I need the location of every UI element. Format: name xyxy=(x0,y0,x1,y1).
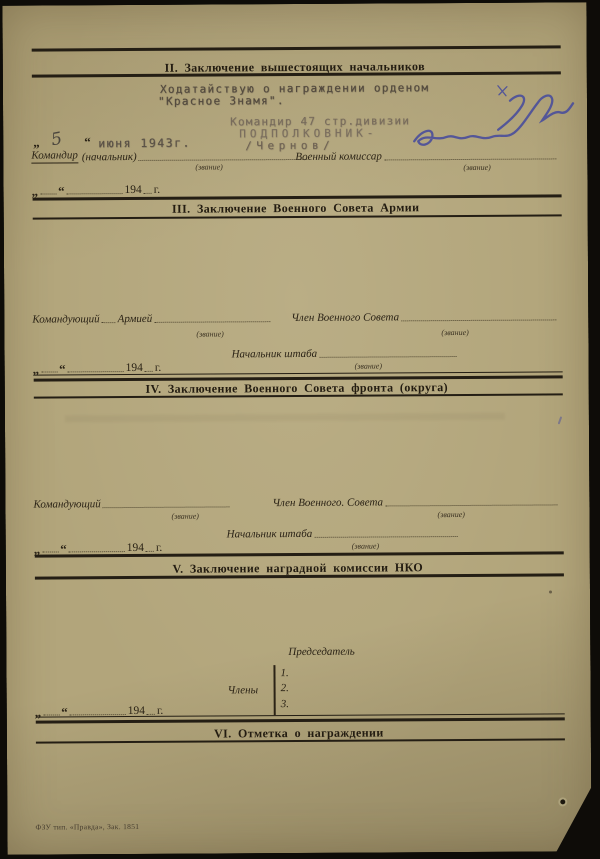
dotted-fill xyxy=(68,362,124,372)
chief-of-staff-line: Начальник штаба xyxy=(232,347,459,360)
member-label: Член Военного. Совета xyxy=(272,496,383,509)
dotted-fill xyxy=(146,542,154,552)
paper-sheet: II. Заключение вышестоящих начальников Х… xyxy=(2,2,591,855)
army-commander-line: Командующий Армией xyxy=(32,312,272,325)
year-prefix: 194 xyxy=(125,184,142,196)
year-suffix: г. xyxy=(154,184,160,196)
dotted-fill xyxy=(144,184,152,194)
rank-hint: (звание) xyxy=(172,512,199,521)
commissar-signature-line: Военный комиссар xyxy=(295,149,558,163)
army-label: Армией xyxy=(118,313,153,325)
member-number-2: 2. xyxy=(281,682,289,694)
member-label: Член Военного Совета xyxy=(291,311,399,324)
date-quote-close: “ xyxy=(84,137,91,147)
commanding-label: Командующий xyxy=(33,498,100,510)
signature-dotted-line xyxy=(103,497,230,508)
members-brace-line xyxy=(273,665,275,715)
chairman-label: Председатель xyxy=(288,646,354,658)
paper-speck xyxy=(549,590,552,593)
commissar-label: Военный комиссар xyxy=(295,150,382,163)
printing-house-imprint: ФЗУ тип. «Правда», Зак. 1851 xyxy=(35,822,139,832)
rank-hint: (звание) xyxy=(196,329,223,338)
signature-dotted-line xyxy=(401,310,556,321)
paper-hole xyxy=(560,799,565,804)
chief-of-staff-label: Начальник штаба xyxy=(232,348,318,361)
rank-hint: (звание) xyxy=(352,542,379,551)
member-number-3: 3. xyxy=(281,698,289,710)
commander-signature-line: Командир (начальник) xyxy=(31,148,309,164)
rank-hint: (звание) xyxy=(355,361,382,370)
rank-hint: (звание) xyxy=(195,162,222,171)
dotted-fill xyxy=(41,362,57,372)
signature-dotted-line xyxy=(314,527,457,538)
rank-hint: (звание) xyxy=(438,510,465,519)
military-council-member-line: Член Военного. Совета xyxy=(272,495,559,509)
dotted-fill xyxy=(42,542,58,552)
dotted-fill xyxy=(102,313,116,323)
commander-label: Командир xyxy=(31,149,78,163)
handwritten-day: 5 xyxy=(50,129,64,151)
signature-dotted-line xyxy=(139,150,308,161)
signature-dotted-line xyxy=(154,312,270,323)
chief-of-staff-label: Начальник штаба xyxy=(227,528,313,541)
dotted-fill xyxy=(67,184,123,194)
scan-smudge xyxy=(65,413,505,423)
signature-dotted-line xyxy=(319,347,456,358)
date-blank-row: „ “ 194 г. xyxy=(34,542,184,555)
scanned-award-document: { "form": { "rank_hint": "(звание)", "qu… xyxy=(0,0,600,859)
quote-open: „ xyxy=(32,187,39,197)
chief-of-staff-line: Начальник штаба xyxy=(227,527,460,540)
date-blank-row: „ “ 194 г. xyxy=(33,362,183,375)
quote-open: „ xyxy=(34,545,41,555)
quote-close: “ xyxy=(59,364,66,374)
commanding-label: Командующий xyxy=(32,313,99,325)
signature-dotted-line xyxy=(384,149,557,160)
quote-close: “ xyxy=(58,186,65,196)
dotted-fill xyxy=(147,705,155,715)
dotted-fill xyxy=(69,542,125,552)
quote-open: „ xyxy=(33,365,40,375)
commander-label-note: (начальник) xyxy=(82,151,137,163)
signature-dotted-line xyxy=(385,495,557,506)
military-council-member-line: Член Военного Совета xyxy=(291,310,558,324)
rule-thick-above-section-vi xyxy=(36,717,565,723)
year-suffix: г. xyxy=(156,542,162,554)
rule-top xyxy=(32,45,561,51)
front-commander-line: Командующий xyxy=(33,497,231,510)
year-suffix: г. xyxy=(155,362,161,374)
member-number-1: 1. xyxy=(280,667,288,679)
dotted-fill xyxy=(43,705,59,715)
date-quote-open: „ xyxy=(33,138,40,148)
dotted-fill xyxy=(145,362,153,372)
rank-hint: (звание) xyxy=(463,163,490,172)
rank-hint: (звание) xyxy=(441,328,468,337)
date-blank-row: „ “ 194 г. xyxy=(32,184,182,197)
typed-petition-line2: "Красное Знамя". xyxy=(158,94,285,108)
dotted-fill xyxy=(70,705,126,715)
quote-close: “ xyxy=(60,544,67,554)
ink-tick-mark xyxy=(558,416,563,424)
year-prefix: 194 xyxy=(127,542,144,554)
members-label: Члены xyxy=(228,684,259,696)
dotted-fill xyxy=(40,184,56,194)
year-prefix: 194 xyxy=(126,362,143,374)
